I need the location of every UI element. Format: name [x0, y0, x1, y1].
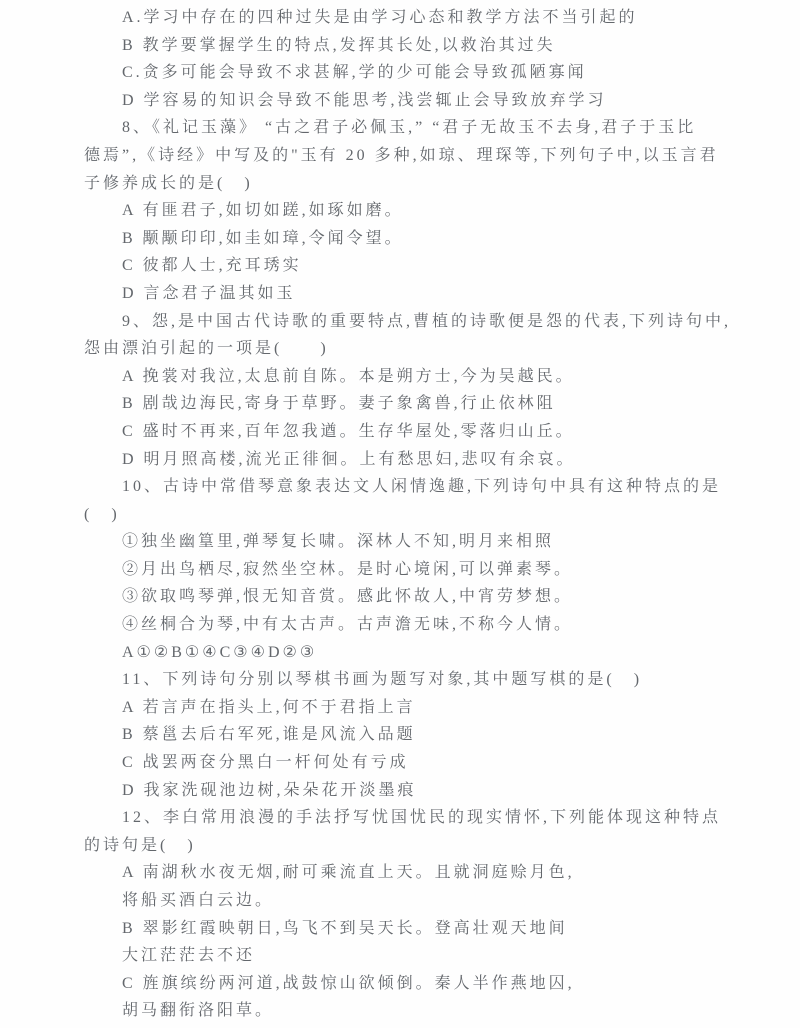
doc-line-28: C 战罢两奁分黑白一杆何处有亏成: [84, 749, 722, 777]
document-text-body: A.学习中存在的四种过失是由学习心态和教学方法不当引起的B 教学要掌握学生的特点…: [84, 4, 722, 1025]
doc-line-8: A 有匪君子,如切如蹉,如琢如磨。: [84, 197, 722, 225]
doc-line-37: 胡马翻衔洛阳草。: [84, 997, 722, 1025]
doc-line-2: B 教学要掌握学生的特点,发挥其长处,以救治其过失: [84, 32, 722, 60]
doc-line-22: ③欲取鸣琴弹,恨无知音赏。感此怀故人,中宵劳梦想。: [84, 583, 722, 611]
doc-line-15: B 剧哉边海民,寄身于草野。妻子象禽兽,行止依林阻: [84, 390, 722, 418]
doc-line-30: 12、李白常用浪漫的手法抒写忧国忧民的现实情怀,下列能体现这种特点: [84, 804, 722, 832]
doc-line-34: B 翠影红霞映朝日,鸟飞不到吴天长。登高壮观天地间: [84, 915, 722, 943]
doc-line-3: C.贪多可能会导致不求甚解,学的少可能会导致孤陋寡闻: [84, 59, 722, 87]
doc-line-20: ①独坐幽篁里,弹琴复长啸。深林人不知,明月来相照: [84, 528, 722, 556]
doc-line-25: 11、下列诗句分别以琴棋书画为题写对象,其中题写棋的是( ): [84, 666, 722, 694]
doc-line-36: C 旌旗缤纷两河道,战鼓惊山欲倾倒。秦人半作燕地囚,: [84, 970, 722, 998]
doc-line-9: B 颙颙印印,如圭如璋,令闻令望。: [84, 225, 722, 253]
doc-line-6: 德焉”,《诗经》中写及的"玉有 20 多种,如琼、理琛等,下列句子中,以玉言君: [84, 142, 722, 170]
doc-line-33: 将船买酒白云边。: [84, 887, 722, 915]
doc-line-29: D 我家洗砚池边树,朵朵花开淡墨痕: [84, 777, 722, 805]
doc-line-32: A 南湖秋水夜无烟,耐可乘流直上天。且就洞庭赊月色,: [84, 859, 722, 887]
doc-line-24: A①②B①④C③④D②③: [84, 639, 722, 667]
doc-line-14: A 挽裳对我泣,太息前自陈。本是朔方士,今为吴越民。: [84, 363, 722, 391]
doc-line-26: A 若言声在指头上,何不于君指上言: [84, 694, 722, 722]
doc-line-1: A.学习中存在的四种过失是由学习心态和教学方法不当引起的: [84, 4, 722, 32]
doc-line-21: ②月出鸟栖尽,寂然坐空林。是时心境闲,可以弹素琴。: [84, 556, 722, 584]
doc-line-13: 怨由漂泊引起的一项是( ): [84, 335, 722, 363]
doc-line-27: B 蔡邕去后右军死,谁是风流入品题: [84, 721, 722, 749]
doc-line-19: ( ): [84, 501, 722, 529]
doc-line-7: 子修养成长的是( ): [84, 170, 722, 198]
doc-line-23: ④丝桐合为琴,中有太古声。古声澹无味,不称今人情。: [84, 611, 722, 639]
doc-line-12: 9、怨,是中国古代诗歌的重要特点,曹植的诗歌便是怨的代表,下列诗句中,: [84, 308, 722, 336]
doc-line-18: 10、古诗中常借琴意象表达文人闲情逸趣,下列诗句中具有这种特点的是: [84, 473, 722, 501]
doc-line-35: 大江茫茫去不还: [84, 942, 722, 970]
doc-line-4: D 学容易的知识会导致不能思考,浅尝辄止会导致放弃学习: [84, 87, 722, 115]
doc-line-10: C 彼都人士,充耳琇实: [84, 252, 722, 280]
doc-line-17: D 明月照高楼,流光正徘徊。上有愁思妇,悲叹有余哀。: [84, 446, 722, 474]
doc-line-31: 的诗句是( ): [84, 832, 722, 860]
doc-line-5: 8、《礼记玉藻》 “古之君子必佩玉,” “君子无故玉不去身,君子于玉比: [84, 114, 722, 142]
doc-line-16: C 盛时不再来,百年忽我遒。生存华屋处,零落归山丘。: [84, 418, 722, 446]
doc-line-11: D 言念君子温其如玉: [84, 280, 722, 308]
document-page: A.学习中存在的四种过失是由学习心态和教学方法不当引起的B 教学要掌握学生的特点…: [0, 0, 800, 1028]
